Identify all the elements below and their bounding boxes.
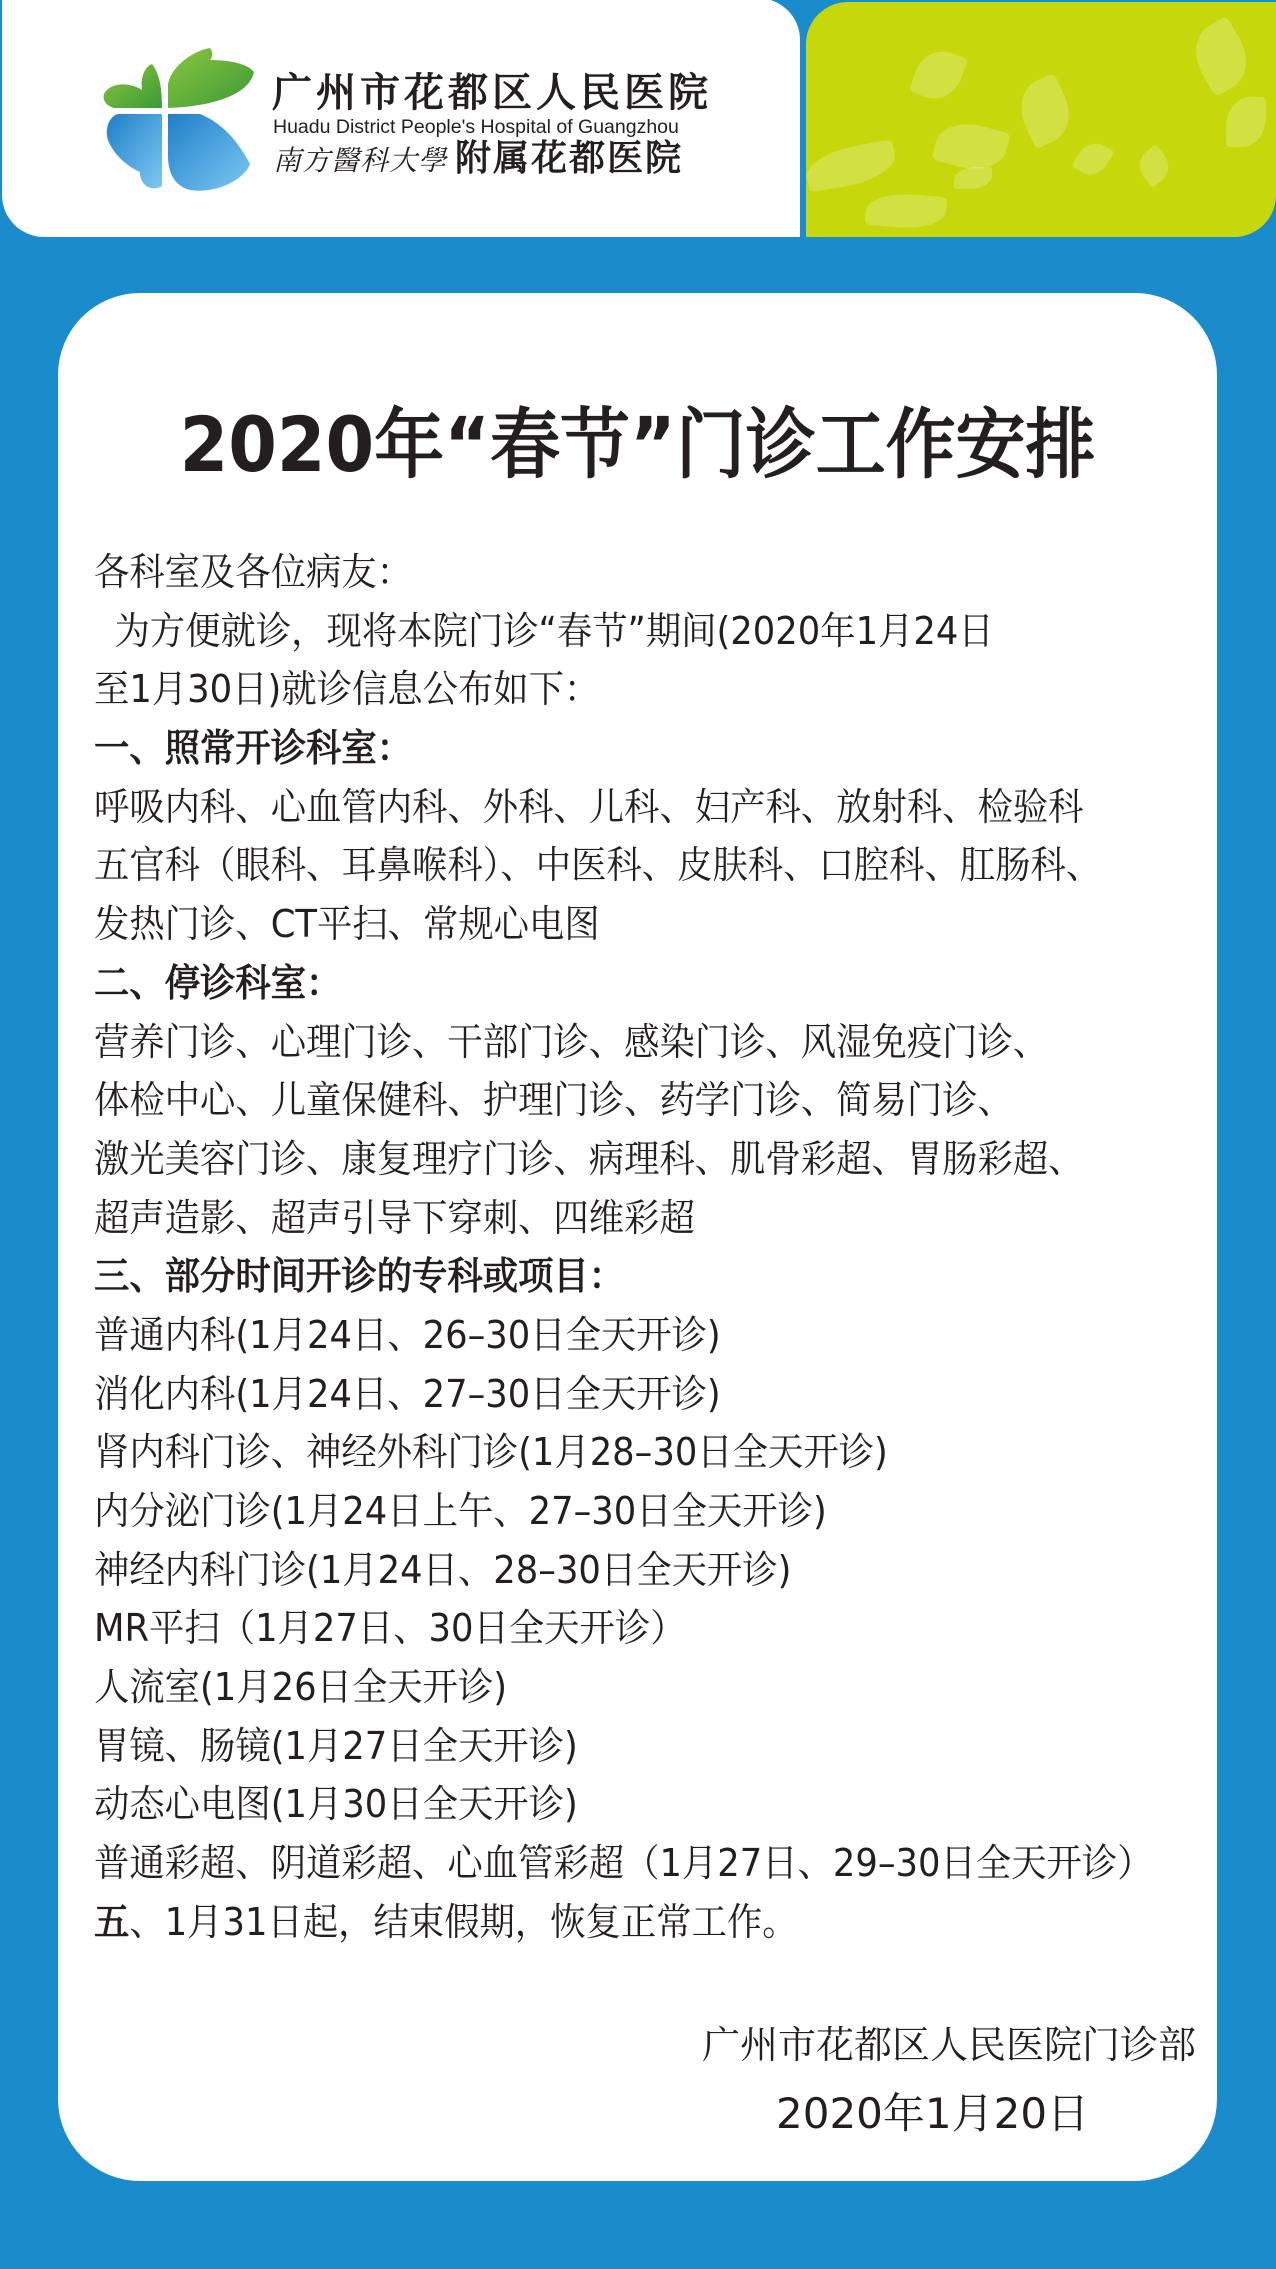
notice-title: 2020年“春节”门诊工作安排	[104, 395, 1170, 495]
leaf-decoration	[1132, 144, 1176, 188]
leaf-decoration	[909, 44, 968, 106]
notice-body: 各科室及各位病友： 为方便就诊，现将本院门诊“春节”期间(2020年1月24日 …	[94, 543, 1219, 1952]
hospital-name-cn: 广州市花都区人民医院	[272, 70, 712, 116]
leaf-decoration	[1226, 97, 1266, 147]
list-item: 消化内科(1月24日、27–30日全天开诊)	[94, 1365, 1140, 1424]
list-item: MR平扫（1月27日、30日全天开诊）	[94, 1599, 1140, 1658]
list-item: 体检中心、儿童保健科、护理门诊、药学门诊、简易门诊、	[94, 1071, 1140, 1130]
section-heading-partial: 三、部分时间开诊的专科或项目：	[94, 1247, 1140, 1306]
list-item: 内分泌门诊(1月24日上午、27–30日全天开诊)	[94, 1482, 1140, 1541]
list-item: 超声造影、超声引导下穿刺、四维彩超	[94, 1189, 1140, 1248]
intro-line: 为方便就诊，现将本院门诊“春节”期间(2020年1月24日	[94, 602, 1140, 661]
intro-line: 至1月30日)就诊信息公布如下：	[94, 660, 1140, 719]
list-item: 营养门诊、心理门诊、干部门诊、感染门诊、风湿免疫门诊、	[94, 1013, 1140, 1072]
university-name: 南方醫科大學	[273, 144, 447, 177]
leaf-decoration	[954, 167, 992, 189]
section-five-label: 五	[94, 1900, 129, 1944]
signature-department: 广州市花都区人民医院门诊部	[702, 2016, 1196, 2074]
list-item: 动态心电图(1月30日全天开诊)	[94, 1775, 1140, 1834]
leaf-decoration	[806, 139, 899, 192]
leaf-decoration	[1010, 73, 1080, 149]
section-five: 五、1月31日起，结束假期，恢复正常工作。	[94, 1893, 1140, 1952]
leaf-decoration	[1072, 137, 1115, 181]
hospital-logo-icon	[100, 46, 260, 196]
leaf-decoration	[865, 191, 948, 232]
greeting: 各科室及各位病友：	[94, 543, 1140, 602]
section-five-text: 、1月31日起，结束假期，恢复正常工作。	[129, 1900, 797, 1944]
signature-date: 2020年1月20日	[776, 2085, 1089, 2143]
list-item: 普通彩超、阴道彩超、心血管彩超（1月27日、29–30日全天开诊）	[94, 1834, 1140, 1893]
list-item: 神经内科门诊(1月24日、28–30日全天开诊)	[94, 1541, 1140, 1600]
affiliate-name: 附属花都医院	[455, 138, 683, 179]
list-item: 五官科（眼科、耳鼻喉科）、中医科、皮肤科、口腔科、肛肠科、	[94, 836, 1140, 895]
list-item: 胃镜、肠镜(1月27日全天开诊)	[94, 1717, 1140, 1776]
header-green-decoration	[806, 2, 1276, 237]
list-item: 普通内科(1月24日、26–30日全天开诊)	[94, 1306, 1140, 1365]
leaf-decoration	[1183, 16, 1259, 97]
hospital-name-en: Huadu District People's Hospital of Guan…	[273, 116, 679, 138]
section-heading-closed: 二、停诊科室：	[94, 954, 1140, 1013]
list-item: 呼吸内科、心血管内科、外科、儿科、妇产科、放射科、检验科	[94, 778, 1140, 837]
section-heading-open: 一、照常开诊科室：	[94, 719, 1140, 778]
list-item: 肾内科门诊、神经外科门诊(1月28–30日全天开诊)	[94, 1423, 1140, 1482]
list-item: 人流室(1月26日全天开诊)	[94, 1658, 1140, 1717]
list-item: 发热门诊、CT平扫、常规心电图	[94, 895, 1140, 954]
hospital-affiliation: 南方醫科大學附属花都医院	[273, 138, 683, 186]
list-item: 激光美容门诊、康复理疗门诊、病理科、肌骨彩超、胃肠彩超、	[94, 1130, 1140, 1189]
